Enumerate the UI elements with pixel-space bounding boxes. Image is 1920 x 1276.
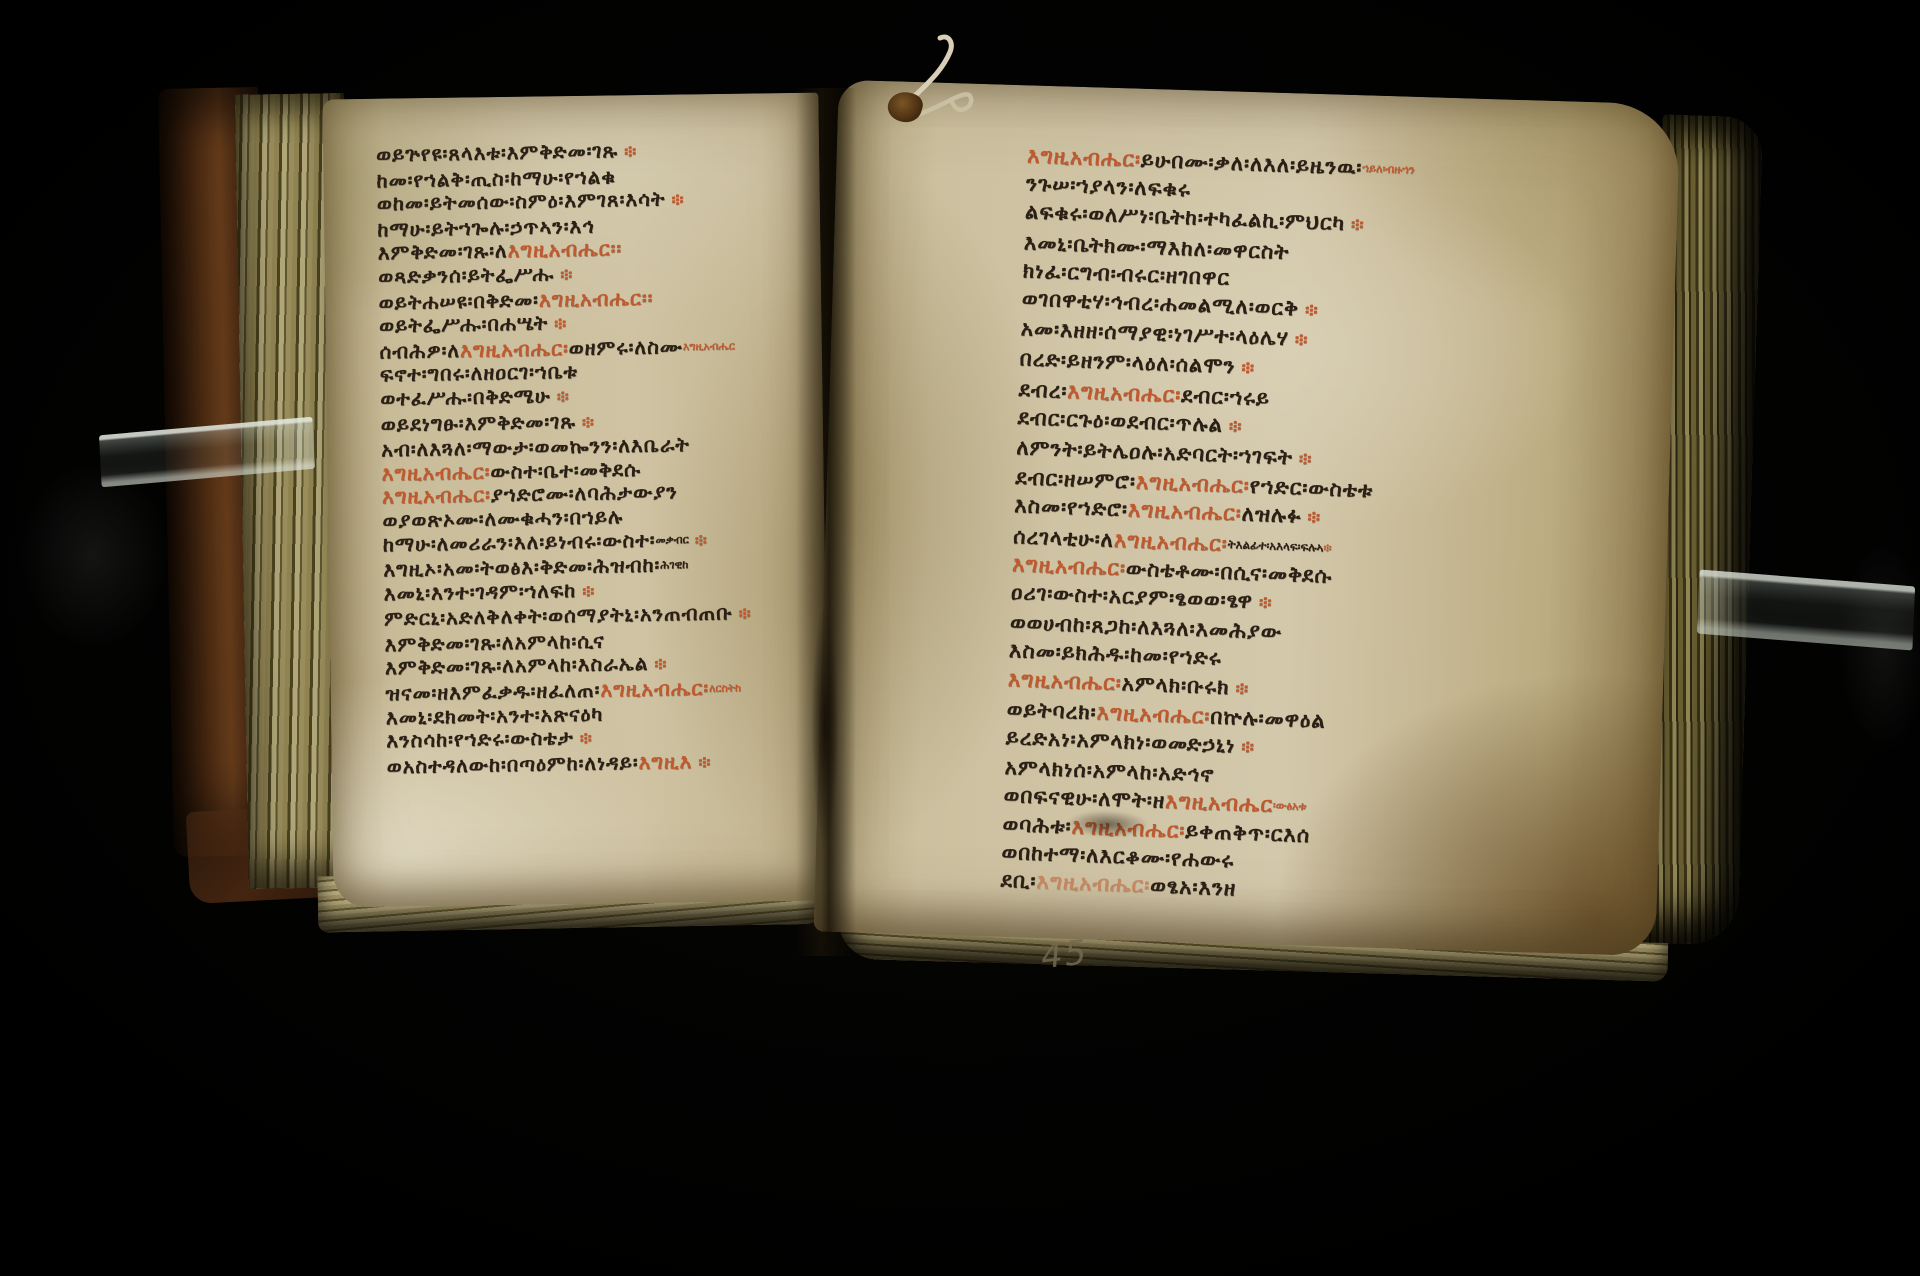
ink-black-text: ወፄአ፡እንዘ <box>1150 874 1237 901</box>
ink-black-text: ውስተ፡ቤተ፡መቅደሱ <box>490 457 641 484</box>
ink-black-text: ደብረ፡ <box>1018 377 1068 403</box>
ink-black-text: መቃብር <box>655 533 689 547</box>
rubric-red-text: እግዚአብሔር፡ <box>382 483 491 509</box>
ink-black-text: ፨ <box>1235 678 1249 699</box>
ink-black-text: በረድ፡ይዘንም፡ላዕለ፡ሰልሞን <box>1019 347 1236 379</box>
right-page-text-column: እግዚአብሔር፡ይሁበሙ፡ቃለ፡ለእለ፡ይዜንዉ፡ኀይለ፡ብዙኀንንጉሠ፡ኀያላ… <box>1000 141 1572 914</box>
rubric-red-text: እግዚእ <box>638 749 692 774</box>
ink-black-text: ወይደነግፁ፡እምቅድመ፡ገጹ <box>381 409 576 436</box>
ink-black-text: ፨ <box>582 412 595 432</box>
rubric-red-text: ፡ውፅአቱ <box>1273 798 1307 813</box>
ink-black-text: ፨ <box>1294 330 1308 351</box>
ink-black-text: ሕገዊከ <box>660 558 688 571</box>
rubric-red-text: እግዚአብሔር፡ <box>1128 498 1243 526</box>
rubric-red-text: እግዚአብሔር፡ <box>1027 143 1142 171</box>
ink-black-text: እምቅድመ፡ገጹ፡ለአምላከ፡እስራኤል <box>385 651 649 680</box>
ink-black-text: ፨ <box>1351 215 1365 236</box>
ink-black-text: ወይትሐሠዩ፡በቅድመ፡ <box>378 287 539 314</box>
rubric-red-text: እግዚአብሔር፡ <box>1008 667 1123 695</box>
left-page-text-column: ወይጕየዩ፡ጸላእቱ፡እምቅድመ፡ገጹ፨ከመ፡የኀልቅ፡ጢስ፡ከማሁ፡የኀልቁወ… <box>376 136 817 781</box>
ink-black-text: ደቢ፡ <box>1000 868 1037 893</box>
ink-black-text: ደብር፡ዘሠምሮ፡ <box>1015 465 1136 493</box>
ink-black-text: ለዝሉፉ <box>1241 502 1302 528</box>
rubric-red-text: ፨ <box>1323 540 1331 554</box>
rubric-red-text: እግዚአብሔር፡ <box>1012 552 1127 580</box>
rubric-red-text: እግዚአብሔር፡፡ <box>507 237 622 263</box>
rubric-red-text: እግዚአብሔር፡ <box>1067 379 1182 407</box>
ink-black-text: ደብር፡ርጉዕ፡ወደብር፡ጥሉል <box>1017 405 1223 437</box>
ink-black-text: በኵሉ፡መዋዕል <box>1210 704 1326 732</box>
rubric-red-text: እግዚአብሔር፡ <box>600 676 709 702</box>
pencil-folio-number: 45 <box>1039 932 1090 977</box>
ink-black-text: ፨ <box>671 190 684 210</box>
ink-black-text: ዐሪገ፡ውስተ፡አርያም፡ፄወወ፡ፄዋ <box>1011 580 1254 613</box>
ink-black-text: እምቅድመ፡ገጹ፡ለ <box>378 239 508 265</box>
rubric-red-text: እግዚአብሔር <box>1165 789 1274 817</box>
ink-black-text: አምላክ፡ቡሩክ <box>1121 671 1230 699</box>
ink-black-text: እንስሳከ፡የኀድሩ፡ውስቴታ <box>386 725 574 752</box>
manuscript-left-page: ወይጕየዩ፡ጸላእቱ፡እምቅድመ፡ገጹ፨ከመ፡የኀልቅ፡ጢስ፡ከማሁ፡የኀልቁወ… <box>322 93 829 908</box>
rubric-red-text: እግዚአብሔር፡ <box>381 459 490 485</box>
ink-black-text: ፨ <box>738 604 751 624</box>
ink-black-text: ምድርኒ፡አድለቅለቀት፡ወሰማያትኒ፡አንጠብጠቡ <box>384 601 733 631</box>
rubric-red-text: ኀይለ፡ብዙኀን <box>1362 161 1415 177</box>
ink-black-text: ወከመ፡ይትመሰው፡ስምዕ፡እምገጸ፡እሳት <box>377 187 666 216</box>
ink-black-text: ፨ <box>1241 737 1255 758</box>
manuscript-text-line: ወአስተዳለውከ፡በጣዕምከ፡ለነዳይ፡እግዚእ፨ <box>387 748 817 781</box>
shadow-hand-left <box>18 460 168 650</box>
rubric-red-text: እግዚአብሔር፡ <box>460 336 569 362</box>
ink-black-text: ወይጕየዩ፡ጸላእቱ፡እምቅድመ፡ገጹ <box>376 138 618 166</box>
bookmark-thread <box>856 14 996 134</box>
ink-black-text: ንጉሠ፡ኀያላን፡ለፍቁሩ <box>1026 172 1192 202</box>
ink-black-text: ወተፈሥሑ፡በቅድሜሁ <box>380 383 551 410</box>
ink-black-text: ፨ <box>554 314 567 334</box>
ink-black-text: ፨ <box>654 655 667 675</box>
rubric-red-text: እግዚአብሔር፡ <box>1036 869 1151 897</box>
ink-black-text: ወዘምሩ፡ለስሙ <box>569 334 684 360</box>
ink-black-text: ትእልፊተ፡አእላፍ፡ፍሉኣ <box>1227 537 1323 555</box>
ink-black-text: ሰረገላቲሁ፡ለ <box>1013 524 1115 552</box>
ink-black-text: እስመ፡የኀድሮ፡ <box>1014 494 1128 522</box>
ink-black-text: ወአስተዳለውከ፡በጣዕምከ፡ለነዳይ፡ <box>387 750 639 778</box>
ink-black-text: ፨ <box>1305 300 1319 321</box>
rubric-red-text: እግዚአብሔር፡ <box>1114 528 1229 556</box>
ink-black-text: ፨ <box>1241 358 1255 379</box>
ink-black-text: ወይትባረክ፡ <box>1006 697 1097 724</box>
rubric-red-text: እግዚአብሔር <box>683 339 735 353</box>
ink-black-text: እግዚኦ፡አመ፡ትወፅእ፡ቅድመ፡ሕዝብከ፡ <box>383 553 660 582</box>
ink-black-text: ፨ <box>582 581 595 601</box>
rubric-red-text: እግዚአብሔር፡ <box>1096 700 1211 728</box>
ink-black-text: ፨ <box>557 387 570 407</box>
ink-black-text: ደብር፡ኀሩይ <box>1181 383 1271 410</box>
ink-black-text: የኀድር፡ውስቴቱ <box>1249 474 1373 503</box>
ink-black-text: ከማሁ፡ለመሪራን፡እለ፡ይነብሩ፡ውስተ፡ <box>383 527 656 556</box>
photograph-black-backdrop: ወይጕየዩ፡ጸላእቱ፡እምቅድመ፡ገጹ፨ከመ፡የኀልቅ፡ጢስ፡ከማሁ፡የኀልቁወ… <box>0 0 1920 1276</box>
rubric-red-text: ለርስትከ <box>709 681 741 695</box>
ink-black-text: ይቀጠቅጥ፡ርእሰ <box>1185 818 1311 847</box>
ink-black-text: ፨ <box>1259 592 1273 613</box>
manuscript-right-page: እግዚአብሔር፡ይሁበሙ፡ቃለ፡ለእለ፡ይዜንዉ፡ኀይለ፡ብዙኀንንጉሠ፡ኀያላ… <box>814 80 1681 957</box>
ink-black-text: ያኀድሮሙ፡ለባሕታውያን <box>491 480 678 507</box>
ink-black-text: ወይትፌሥሑ፡በሐሤት <box>379 311 548 338</box>
rubric-red-text: እግዚአብሔር፡ <box>1136 470 1251 498</box>
ink-black-text: አብ፡ለእጓለ፡ማውታ፡ወመኰንን፡ለእቤራት <box>381 432 690 461</box>
ink-black-text: ፨ <box>695 530 708 550</box>
ink-black-text: ፨ <box>1228 416 1242 437</box>
ink-black-text: ፨ <box>560 265 573 285</box>
ink-black-text: ፨ <box>624 142 637 162</box>
ink-black-text: ሰብሕዎ፡ለ <box>379 338 460 363</box>
gutter-stain <box>808 560 842 890</box>
rubric-red-text: እግዚአብሔር፡፡ <box>539 285 654 311</box>
ink-black-text: እመኒ፡እንተ፡ገዳም፡ኀለፍከ <box>384 578 577 605</box>
ink-smudge <box>1052 802 1163 845</box>
ink-black-text: ወጻድቃንሰ፡ይትፌሥሑ <box>378 261 554 288</box>
ink-black-text: ፨ <box>1307 507 1321 528</box>
ink-black-text: ፨ <box>580 729 593 749</box>
ink-black-text: ፨ <box>698 753 711 773</box>
ink-black-text: ፨ <box>1298 449 1312 470</box>
ink-black-text: ይረድአነ፡አምላክነ፡ወመድኃኒነ <box>1005 725 1235 757</box>
